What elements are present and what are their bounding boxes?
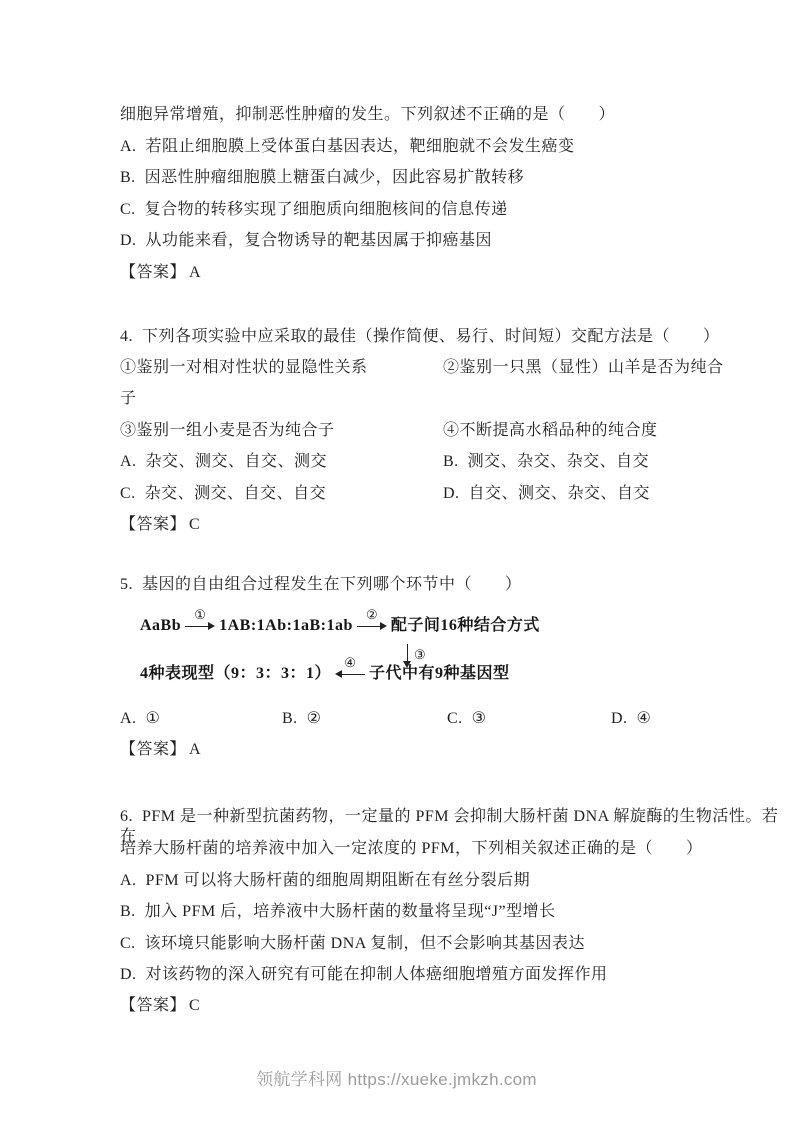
diagram-step1-arrow: ① (185, 608, 215, 636)
q3-answer: 【答案】A (120, 263, 201, 283)
q3-stem: 细胞异常增殖，抑制恶性肿瘤的发生。下列叙述不正确的是（ ） (120, 105, 615, 125)
q4-items-row-2: ③鉴别一组小麦是否为纯合子④不断提高水稻品种的纯合度 (120, 421, 335, 441)
q4-answer: 【答案】C (120, 515, 200, 535)
right-arrow-icon (357, 621, 387, 631)
q4-option-a: A. 杂交、测交、自交、测交 (120, 453, 327, 470)
q6-answer-value: C (189, 997, 200, 1014)
q5-answer-label: 【答案】 (120, 741, 186, 758)
q3-option-a: A. 若阻止细胞膜上受体蛋白基因表达，靶细胞就不会发生癌变 (120, 137, 575, 157)
left-arrow-icon (335, 669, 365, 679)
q4-option-d: D. 自交、测交、杂交、自交 (443, 484, 650, 504)
q4-options-row-1: A. 杂交、测交、自交、测交B. 测交、杂交、杂交、自交 (120, 452, 327, 472)
q3-option-b: B. 因恶性肿瘤细胞膜上糖蛋白减少，因此容易扩散转移 (120, 168, 524, 188)
diagram-row-bottom: 4种表现型（9：3：3：1） ④ 子代中有9种基因型 (140, 656, 510, 684)
q4-item-2-wrap: 子 (120, 389, 137, 409)
circled-4-label: ④ (344, 656, 356, 669)
q5-option-c: C. ③ (447, 709, 487, 729)
diagram-gamete-ratio: 1AB:1Ab:1aB:1ab (219, 616, 353, 636)
q4-stem: 4. 下列各项实验中应采取的最佳（操作简便、易行、时间短）交配方法是（ ） (120, 327, 720, 347)
q6-option-a: A. PFM 可以将大肠杆菌的细胞周期阻断在有丝分裂后期 (120, 871, 530, 891)
q4-option-c: C. 杂交、测交、自交、自交 (120, 485, 326, 502)
q4-item-3: ③鉴别一组小麦是否为纯合子 (120, 422, 335, 439)
q5-option-a: A. ① (120, 709, 160, 729)
q3-answer-value: A (189, 264, 201, 281)
q3-option-c: C. 复合物的转移实现了细胞质向细胞核间的信息传递 (120, 200, 508, 220)
q6-answer: 【答案】C (120, 996, 200, 1016)
q4-item-2: ②鉴别一只黑（显性）山羊是否为纯合 (443, 358, 724, 378)
q4-item-4: ④不断提高水稻品种的纯合度 (443, 421, 658, 441)
diagram-row-top: AaBb ① 1AB:1Ab:1aB:1ab ② 配子间16种结合方式 (140, 608, 540, 636)
q4-items-row-1: ①鉴别一对相对性状的显隐性关系②鉴别一只黑（显性）山羊是否为纯合 (120, 358, 368, 378)
diagram-start-genotype: AaBb (140, 616, 181, 636)
right-arrow-icon (185, 621, 215, 631)
diagram-step4-arrow: ④ (335, 656, 365, 684)
q3-answer-label: 【答案】 (120, 264, 186, 281)
diagram-step2-arrow: ② (357, 608, 387, 636)
exam-document-page: 细胞异常增殖，抑制恶性肿瘤的发生。下列叙述不正确的是（ ） A. 若阻止细胞膜上… (0, 0, 793, 1122)
diagram-phenotypes: 4种表现型（9：3：3：1） (140, 664, 331, 684)
q4-answer-label: 【答案】 (120, 516, 186, 533)
diagram-genotypes: 子代中有9种基因型 (369, 664, 510, 684)
q6-option-d: D. 对该药物的深入研究有可能在抑制人体癌细胞增殖方面发挥作用 (120, 965, 608, 985)
q4-options-row-2: C. 杂交、测交、自交、自交D. 自交、测交、杂交、自交 (120, 484, 326, 504)
q6-option-c: C. 该环境只能影响大肠杆菌 DNA 复制，但不会影响其基因表达 (120, 934, 585, 954)
q5-option-d: D. ④ (611, 709, 651, 729)
q5-answer-value: A (189, 741, 201, 758)
q3-option-d: D. 从功能来看，复合物诱导的靶基因属于抑癌基因 (120, 231, 492, 251)
q5-stem: 5. 基因的自由组合过程发生在下列哪个环节中（ ） (120, 575, 522, 595)
circled-2-label: ② (366, 608, 378, 621)
circled-1-label: ① (194, 608, 206, 621)
q4-option-b: B. 测交、杂交、杂交、自交 (443, 452, 649, 472)
q4-item-1: ①鉴别一对相对性状的显隐性关系 (120, 359, 368, 376)
q6-answer-label: 【答案】 (120, 997, 186, 1014)
q5-option-b: B. ② (282, 709, 322, 729)
diagram-combinations: 配子间16种结合方式 (391, 616, 540, 636)
q5-answer: 【答案】A (120, 740, 201, 760)
q6-stem-line-2: 培养大肠杆菌的培养液中加入一定浓度的 PFM，下列相关叙述正确的是（ ） (120, 839, 703, 859)
q6-option-b: B. 加入 PFM 后，培养液中大肠杆菌的数量将呈现“J”型增长 (120, 902, 556, 922)
q4-answer-value: C (189, 516, 200, 533)
q5-genetics-diagram: AaBb ① 1AB:1Ab:1aB:1ab ② 配子间16种结合方式 ③ 4种… (120, 604, 673, 696)
footer-watermark: 领航学科网 https://xueke.jmkzh.com (0, 1068, 793, 1092)
